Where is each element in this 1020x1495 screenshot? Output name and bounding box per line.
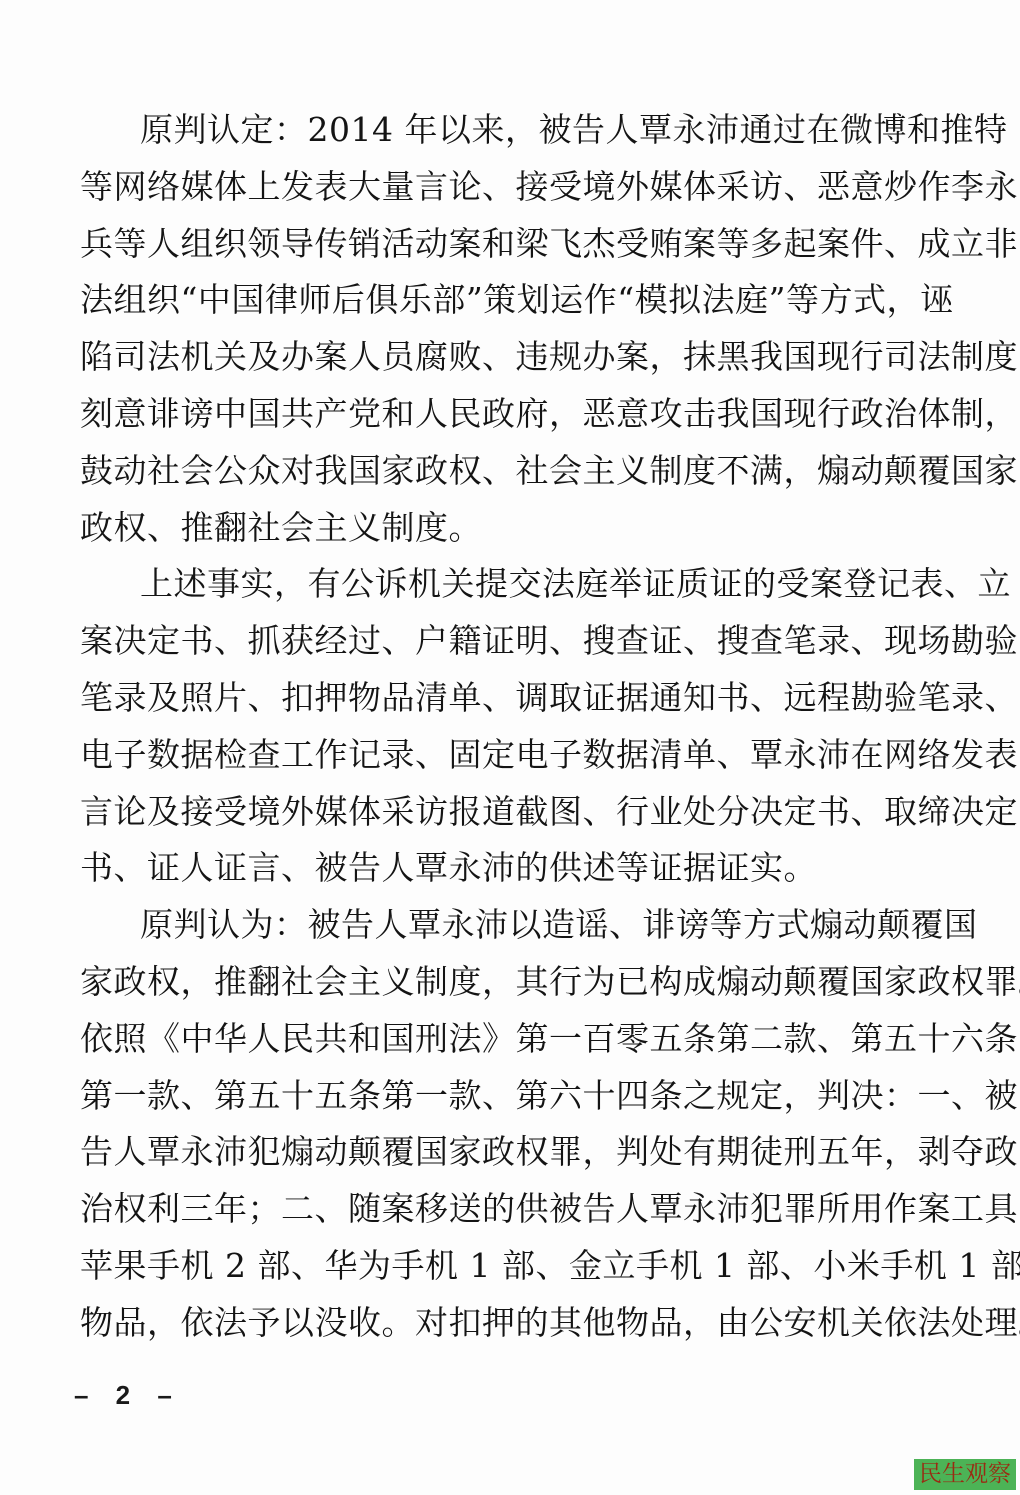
- text-line: 书、证人证言、被告人覃永沛的供述等证据证实。: [80, 840, 938, 897]
- text-line: 上述事实，有公诉机关提交法庭举证质证的受案登记表、立: [80, 556, 938, 613]
- text-line: 告人覃永沛犯煽动颠覆国家政权罪，判处有期徒刑五年，剥夺政: [80, 1124, 938, 1181]
- text-line: 治权利三年；二、随案移送的供被告人覃永沛犯罪所用作案工具: [80, 1181, 938, 1238]
- text-line: 鼓动社会公众对我国家政权、社会主义制度不满，煽动颠覆国家: [80, 443, 938, 500]
- text-line: 兵等人组织领导传销活动案和梁飞杰受贿案等多起案件、成立非: [80, 216, 938, 273]
- page-number: – 2 –: [74, 1380, 182, 1411]
- text-line: 法组织“中国律师后俱乐部”策划运作“模拟法庭”等方式，诬: [80, 272, 938, 329]
- text-line: 陷司法机关及办案人员腐败、违规办案，抹黑我国现行司法制度，: [80, 329, 938, 386]
- text-line: 原判认定：2014 年以来，被告人覃永沛通过在微博和推特: [80, 102, 938, 159]
- text-line: 刻意诽谤中国共产党和人民政府，恶意攻击我国现行政治体制，: [80, 386, 938, 443]
- text-line: 物品，依法予以没收。对扣押的其他物品，由公安机关依法处理。: [80, 1295, 938, 1352]
- paragraph-original-finding: 原判认定：2014 年以来，被告人覃永沛通过在微博和推特 等网络媒体上发表大量言…: [80, 102, 938, 556]
- paragraph-evidence: 上述事实，有公诉机关提交法庭举证质证的受案登记表、立 案决定书、抓获经过、户籍证…: [80, 556, 938, 897]
- text-line: 笔录及照片、扣押物品清单、调取证据通知书、远程勘验笔录、: [80, 670, 938, 727]
- text-line: 苹果手机 2 部、华为手机 1 部、金立手机 1 部、小米手机 1 部等: [80, 1238, 938, 1295]
- text-line: 言论及接受境外媒体采访报道截图、行业处分决定书、取缔决定: [80, 784, 938, 841]
- document-page: 原判认定：2014 年以来，被告人覃永沛通过在微博和推特 等网络媒体上发表大量言…: [0, 0, 1020, 1495]
- text-line: 第一款、第五十五条第一款、第六十四条之规定，判决：一、被: [80, 1068, 938, 1125]
- text-line: 案决定书、抓获经过、户籍证明、搜查证、搜查笔录、现场勘验: [80, 613, 938, 670]
- paragraph-original-judgment: 原判认为：被告人覃永沛以造谣、诽谤等方式煽动颠覆国 家政权，推翻社会主义制度，其…: [80, 897, 938, 1351]
- watermark-badge: 民生观察: [914, 1459, 1016, 1490]
- text-line: 电子数据检查工作记录、固定电子数据清单、覃永沛在网络发表: [80, 727, 938, 784]
- text-line: 依照《中华人民共和国刑法》第一百零五条第二款、第五十六条: [80, 1011, 938, 1068]
- document-body: 原判认定：2014 年以来，被告人覃永沛通过在微博和推特 等网络媒体上发表大量言…: [80, 102, 938, 1352]
- text-line: 等网络媒体上发表大量言论、接受境外媒体采访、恶意炒作李永: [80, 159, 938, 216]
- text-line: 政权、推翻社会主义制度。: [80, 500, 938, 557]
- text-line: 原判认为：被告人覃永沛以造谣、诽谤等方式煽动颠覆国: [80, 897, 938, 954]
- text-line: 家政权，推翻社会主义制度，其行为已构成煽动颠覆国家政权罪。: [80, 954, 938, 1011]
